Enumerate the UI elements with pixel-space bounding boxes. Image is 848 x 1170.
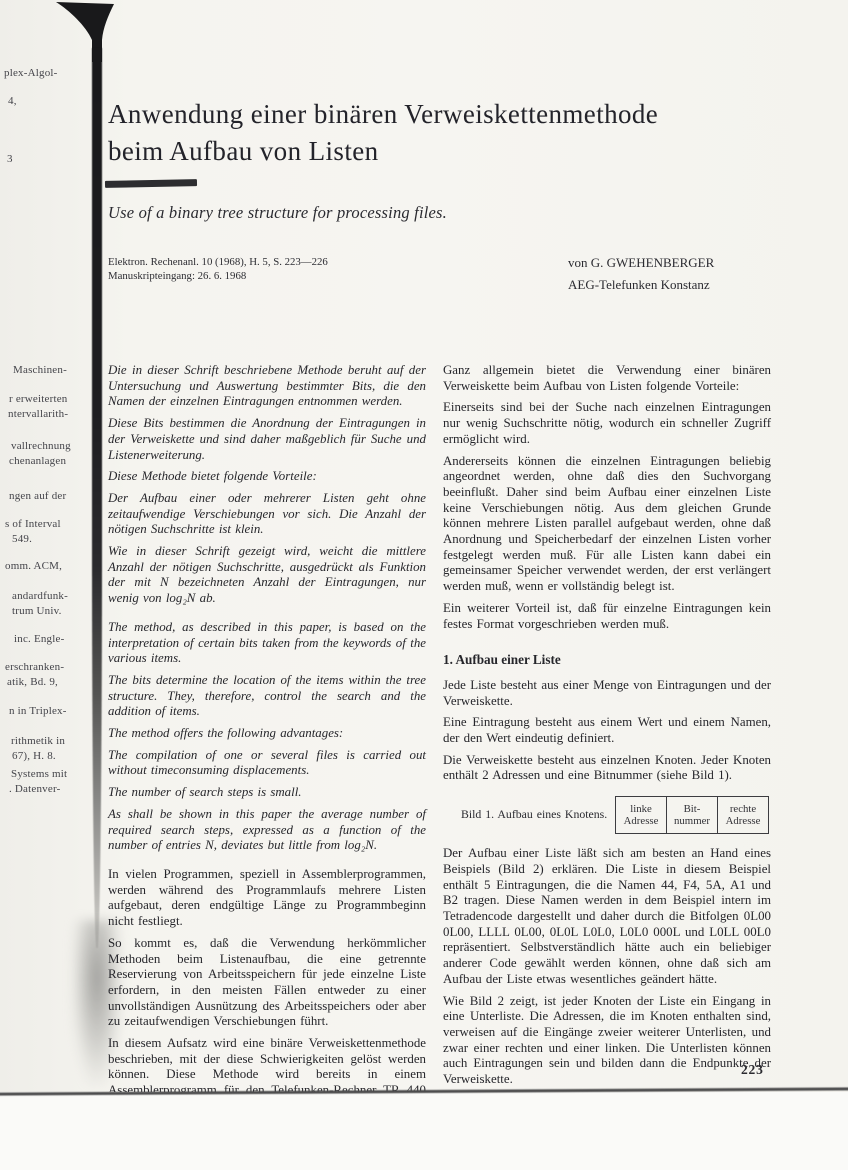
abstract-paragraph: The method offers the following advantag… xyxy=(108,726,426,742)
margin-fragment: Systems mit xyxy=(11,768,67,781)
margin-fragment: vallrechnung xyxy=(11,440,71,453)
body-paragraph: Ganz allgemein bietet die Verwendung ein… xyxy=(443,363,771,394)
cell-line: Adresse xyxy=(619,815,663,828)
title-rule xyxy=(105,179,197,188)
cell-line: Adresse xyxy=(721,815,765,828)
abstract-paragraph: Diese Bits bestimmen die Anordnung der E… xyxy=(108,416,426,463)
body-paragraph: Jede Liste besteht aus einer Menge von E… xyxy=(443,678,771,709)
margin-fragment: inc. Engle- xyxy=(14,633,64,646)
margin-fragment: trum Univ. xyxy=(12,605,62,618)
margin-fragment: 67), H. 8. xyxy=(12,750,56,763)
margin-fragment: 549. xyxy=(12,533,32,546)
margin-fragment: Maschinen- xyxy=(13,364,67,377)
margin-fragment: n in Triplex- xyxy=(9,705,67,718)
abstract-paragraph: Diese Methode bietet folgende Vorteile: xyxy=(108,469,426,485)
abstract-paragraph: Wie in dieser Schrift gezeigt wird, weic… xyxy=(108,544,426,607)
margin-fragment: ntervallarith- xyxy=(8,408,68,421)
margin-fragment: . Datenver- xyxy=(9,783,60,796)
body-paragraph: Eine Eintragung besteht aus einem Wert u… xyxy=(443,715,771,746)
scanner-background xyxy=(0,1092,848,1170)
scanned-page: plex-Algol- 4, 3 Maschinen- r erweiterte… xyxy=(0,0,848,1170)
author-block: von G. GWEHENBERGER AEG-Telefunken Konst… xyxy=(568,252,714,296)
book-spine-flare xyxy=(52,0,118,64)
abstract-german: Die in dieser Schrift beschriebene Metho… xyxy=(108,363,426,607)
article-title: Anwendung einer binären Verweiskettenmet… xyxy=(108,96,770,170)
section-heading: 1. Aufbau einer Liste xyxy=(443,652,771,668)
margin-fragment: chenanlagen xyxy=(9,455,66,468)
cell-line: linke xyxy=(619,803,663,816)
page-number: 223 xyxy=(741,1062,764,1078)
abstract-paragraph: Die in dieser Schrift beschriebene Metho… xyxy=(108,363,426,410)
abstract-paragraph: Der Aufbau einer oder mehrerer Listen ge… xyxy=(108,491,426,538)
figure-1-caption: Bild 1. Aufbau eines Knotens. xyxy=(461,807,607,823)
margin-fragment: omm. ACM, xyxy=(5,560,62,573)
margin-fragment: rithmetik in xyxy=(11,735,65,748)
margin-fragment: s of Interval xyxy=(5,518,61,531)
margin-fragment: erschranken- xyxy=(5,661,64,674)
book-spine-line xyxy=(92,48,102,948)
article-subtitle-english: Use of a binary tree structure for proce… xyxy=(108,203,447,223)
margin-fragment: r erweiterten xyxy=(9,393,67,406)
body-paragraph: Der Aufbau einer Liste läßt sich am best… xyxy=(443,846,771,987)
abstract-english: The method, as described in this paper, … xyxy=(108,620,426,854)
introduction: In vielen Programmen, speziell in Assemb… xyxy=(108,867,426,1115)
abstract-paragraph: The compilation of one or several files … xyxy=(108,748,426,779)
body-paragraph: Einerseits sind bei der Suche nach einze… xyxy=(443,400,771,447)
cell-line: nummer xyxy=(670,815,714,828)
cell-line: Bit- xyxy=(670,803,714,816)
cell-line: rechte xyxy=(721,803,765,816)
abstract-paragraph: The bits determine the location of the i… xyxy=(108,673,426,720)
margin-fragment: 4, xyxy=(8,95,17,108)
node-table-cell-left-address: linke Adresse xyxy=(616,797,667,834)
node-table-cell-bit-number: Bit- nummer xyxy=(667,797,718,834)
abstract-paragraph: The number of search steps is small. xyxy=(108,785,426,801)
article-title-line1: Anwendung einer binären Verweiskettenmet… xyxy=(108,96,770,133)
body-paragraph: So kommt es, daß die Verwendung herkömml… xyxy=(108,936,426,1030)
margin-fragment: atik, Bd. 9, xyxy=(7,676,58,689)
article-title-line2: beim Aufbau von Listen xyxy=(108,133,770,170)
body-paragraph: Andererseits können die einzelnen Eintra… xyxy=(443,454,771,595)
figure-1: Bild 1. Aufbau eines Knotens. linke Adre… xyxy=(443,796,771,834)
margin-fragment: plex-Algol- xyxy=(4,67,58,80)
margin-fragment: ngen auf der xyxy=(9,490,66,503)
abstract-paragraph: The method, as described in this paper, … xyxy=(108,620,426,667)
body-paragraph: Ein weiterer Vorteil ist, daß für einzel… xyxy=(443,601,771,632)
margin-fragment: 3 xyxy=(7,153,13,166)
node-table-cell-right-address: rechte Adresse xyxy=(718,797,769,834)
right-column: Ganz allgemein bietet die Verwendung ein… xyxy=(443,363,771,1094)
author-affiliation: AEG-Telefunken Konstanz xyxy=(568,274,714,296)
citation-line1: Elektron. Rechenanl. 10 (1968), H. 5, S.… xyxy=(108,255,328,269)
citation-line2: Manuskripteingang: 26. 6. 1968 xyxy=(108,269,328,283)
body-paragraph: Die Verweiskette besteht aus einzelnen K… xyxy=(443,753,771,784)
author-name: von G. GWEHENBERGER xyxy=(568,252,714,274)
body-paragraph: In vielen Programmen, speziell in Assemb… xyxy=(108,867,426,930)
margin-fragment: andardfunk- xyxy=(12,590,68,603)
body-paragraph: Wie Bild 2 zeigt, ist jeder Knoten der L… xyxy=(443,994,771,1088)
abstract-paragraph: As shall be shown in this paper the aver… xyxy=(108,807,426,854)
figure-1-node-table: linke Adresse Bit- nummer rechte Adresse xyxy=(615,796,769,834)
journal-citation: Elektron. Rechenanl. 10 (1968), H. 5, S.… xyxy=(108,255,328,283)
left-column: Die in dieser Schrift beschriebene Metho… xyxy=(108,363,426,1121)
